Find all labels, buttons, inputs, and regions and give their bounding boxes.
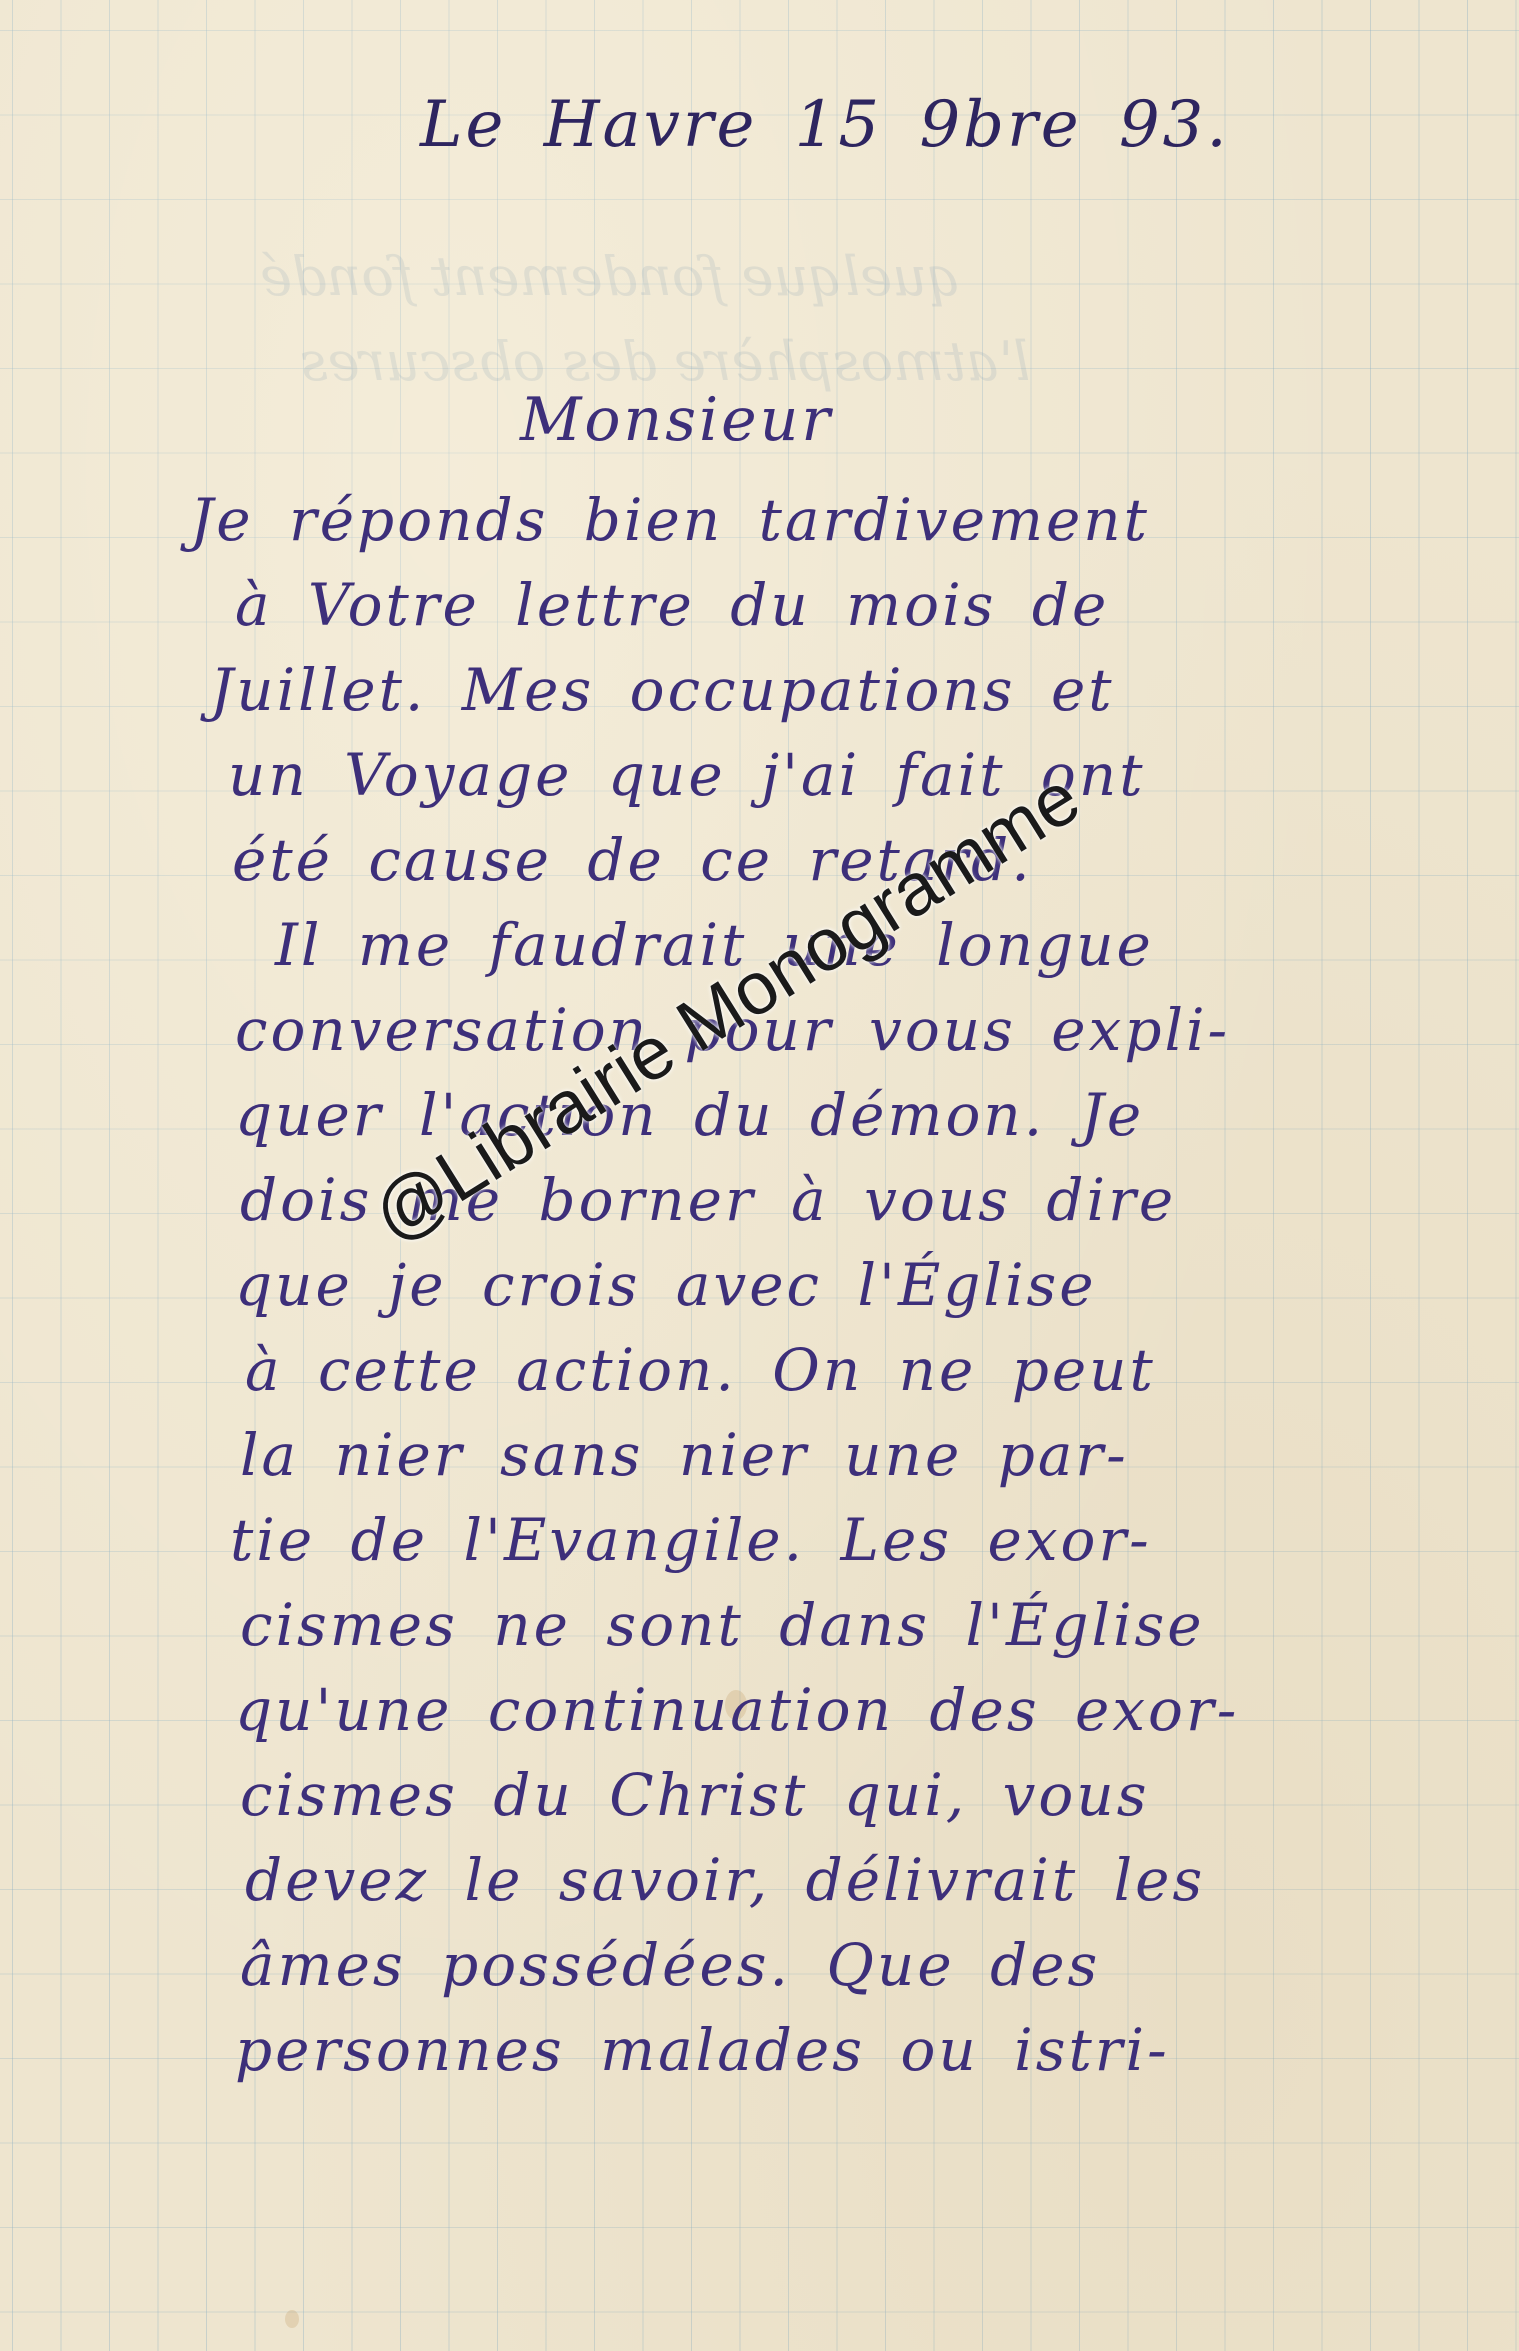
letter-salutation: Monsieur <box>520 385 833 455</box>
letter-line: que je crois avec l'Église <box>235 1251 1097 1319</box>
letter-line: à Votre lettre du mois de <box>235 571 1109 639</box>
bleed-through-text: l'atmosphère des obscures <box>300 330 1030 393</box>
letter-line: cismes ne sont dans l'Église <box>240 1591 1205 1659</box>
letter-line: tie de l'Evangile. Les exor- <box>230 1506 1152 1574</box>
letter-page: quelque fondement fondé l'atmosphère des… <box>0 0 1519 2351</box>
letter-line: cismes du Christ qui, vous <box>240 1761 1149 1829</box>
letter-line: devez le savoir, délivrait les <box>245 1846 1205 1914</box>
letter-date: Le Havre 15 9bre 93. <box>420 88 1230 162</box>
paper-stain <box>285 2310 299 2328</box>
letter-line: qu'une continuation des exor- <box>235 1676 1239 1744</box>
letter-line: quer l'action du démon. Je <box>235 1081 1144 1149</box>
letter-line: à cette action. On ne peut <box>245 1336 1156 1404</box>
bleed-through-text: quelque fondement fondé <box>260 245 961 308</box>
letter-line: personnes malades ou istri- <box>235 2016 1170 2084</box>
letter-line: âmes possédées. Que des <box>240 1931 1100 1999</box>
letter-line: Je réponds bien tardivement <box>190 486 1150 554</box>
letter-line: Juillet. Mes occupations et <box>210 656 1115 724</box>
letter-line: la nier sans nier une par- <box>240 1421 1129 1489</box>
